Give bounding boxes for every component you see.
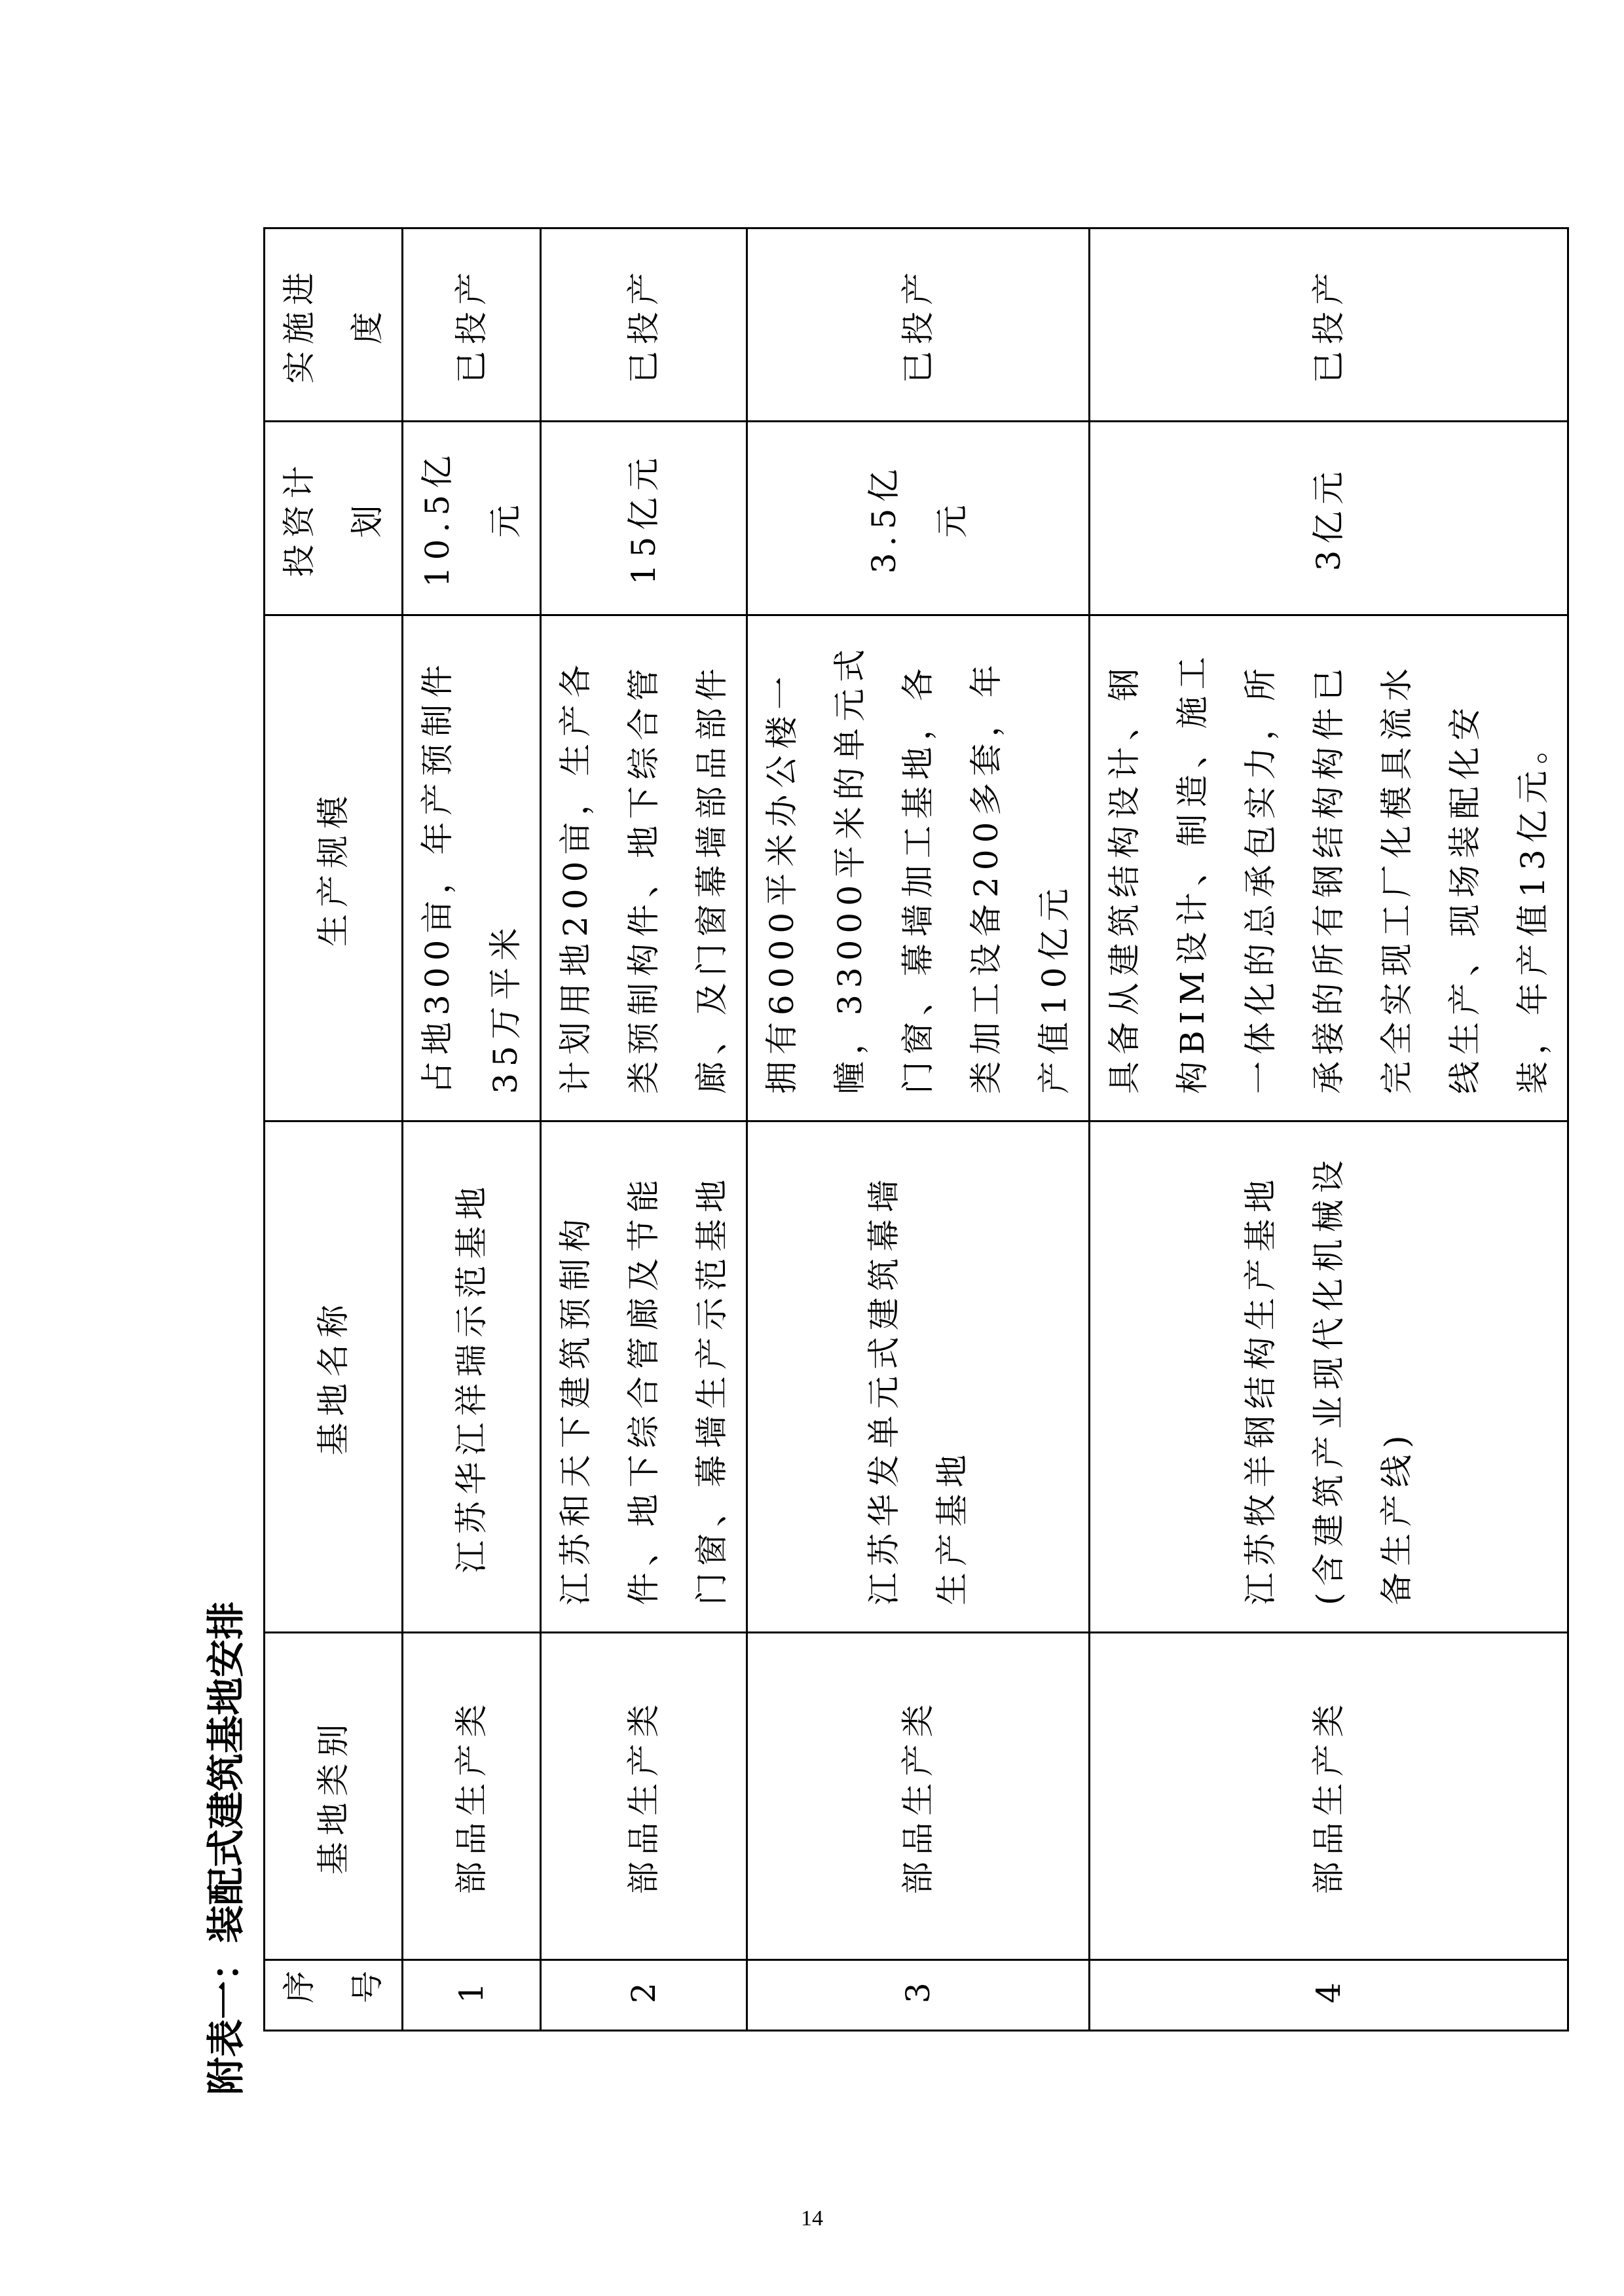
header-investment: 投资计划 <box>265 422 403 615</box>
cell-investment: 15亿元 <box>541 422 747 615</box>
cell-name: 江苏华江祥瑞示范基地 <box>403 1121 541 1633</box>
cell-category: 部品生产类 <box>403 1633 541 1960</box>
cell-progress: 已投产 <box>403 228 541 422</box>
cell-investment: 10.5亿元 <box>403 422 541 615</box>
cell-name: 江苏华发单元式建筑幕墙生产基地 <box>747 1121 1090 1633</box>
cell-name: 江苏牧羊钢结构生产基地(含建筑产业现代化机械设备生产线) <box>1090 1121 1568 1633</box>
base-arrangement-table: 序号 基地类别 基地名称 生产规模 投资计划 实施进度 1 部品生产类 江苏华江… <box>263 227 1569 2032</box>
cell-seq: 3 <box>747 1960 1090 2031</box>
rotated-table-wrapper: 序号 基地类别 基地名称 生产规模 投资计划 实施进度 1 部品生产类 江苏华江… <box>263 0 1442 2032</box>
cell-seq: 4 <box>1090 1960 1568 2031</box>
cell-scale: 拥有6000平米办公楼一幢，33000平米的单元式门窗、幕墙加工基地，各类加工设… <box>747 615 1090 1121</box>
document-title: 附表一：装配式建筑基地安排 <box>196 1601 255 2095</box>
cell-scale: 计划用地200亩，生产各类预制构件、地下综合管廊、及门窗幕墙部品部件 <box>541 615 747 1121</box>
header-scale: 生产规模 <box>265 615 403 1121</box>
cell-category: 部品生产类 <box>1090 1633 1568 1960</box>
page-number: 14 <box>786 2206 838 2231</box>
header-name: 基地名称 <box>265 1121 403 1633</box>
table-row: 2 部品生产类 江苏和天下建筑预制构件、地下综合管廊及节能门窗、幕墙生产示范基地… <box>541 228 747 2031</box>
table-row: 1 部品生产类 江苏华江祥瑞示范基地 占地300亩，年产预制件35万平米 10.… <box>403 228 541 2031</box>
cell-progress: 已投产 <box>541 228 747 422</box>
cell-seq: 1 <box>403 1960 541 2031</box>
cell-category: 部品生产类 <box>747 1633 1090 1960</box>
header-category: 基地类别 <box>265 1633 403 1960</box>
cell-investment: 3.5亿元 <box>747 422 1090 615</box>
cell-progress: 已投产 <box>747 228 1090 422</box>
table-row: 3 部品生产类 江苏华发单元式建筑幕墙生产基地 拥有6000平米办公楼一幢，33… <box>747 228 1090 2031</box>
cell-investment: 3亿元 <box>1090 422 1568 615</box>
cell-scale: 具备从建筑结构设计、钢构BIM设计、制造、施工一体化的总承包实力，所承接的所有钢… <box>1090 615 1568 1121</box>
table-row: 4 部品生产类 江苏牧羊钢结构生产基地(含建筑产业现代化机械设备生产线) 具备从… <box>1090 228 1568 2031</box>
cell-seq: 2 <box>541 1960 747 2031</box>
header-seq: 序号 <box>265 1960 403 2031</box>
header-progress: 实施进度 <box>265 228 403 422</box>
cell-name: 江苏和天下建筑预制构件、地下综合管廊及节能门窗、幕墙生产示范基地 <box>541 1121 747 1633</box>
cell-category: 部品生产类 <box>541 1633 747 1960</box>
cell-progress: 已投产 <box>1090 228 1568 422</box>
table-header-row: 序号 基地类别 基地名称 生产规模 投资计划 实施进度 <box>265 228 403 2031</box>
cell-scale: 占地300亩，年产预制件35万平米 <box>403 615 541 1121</box>
